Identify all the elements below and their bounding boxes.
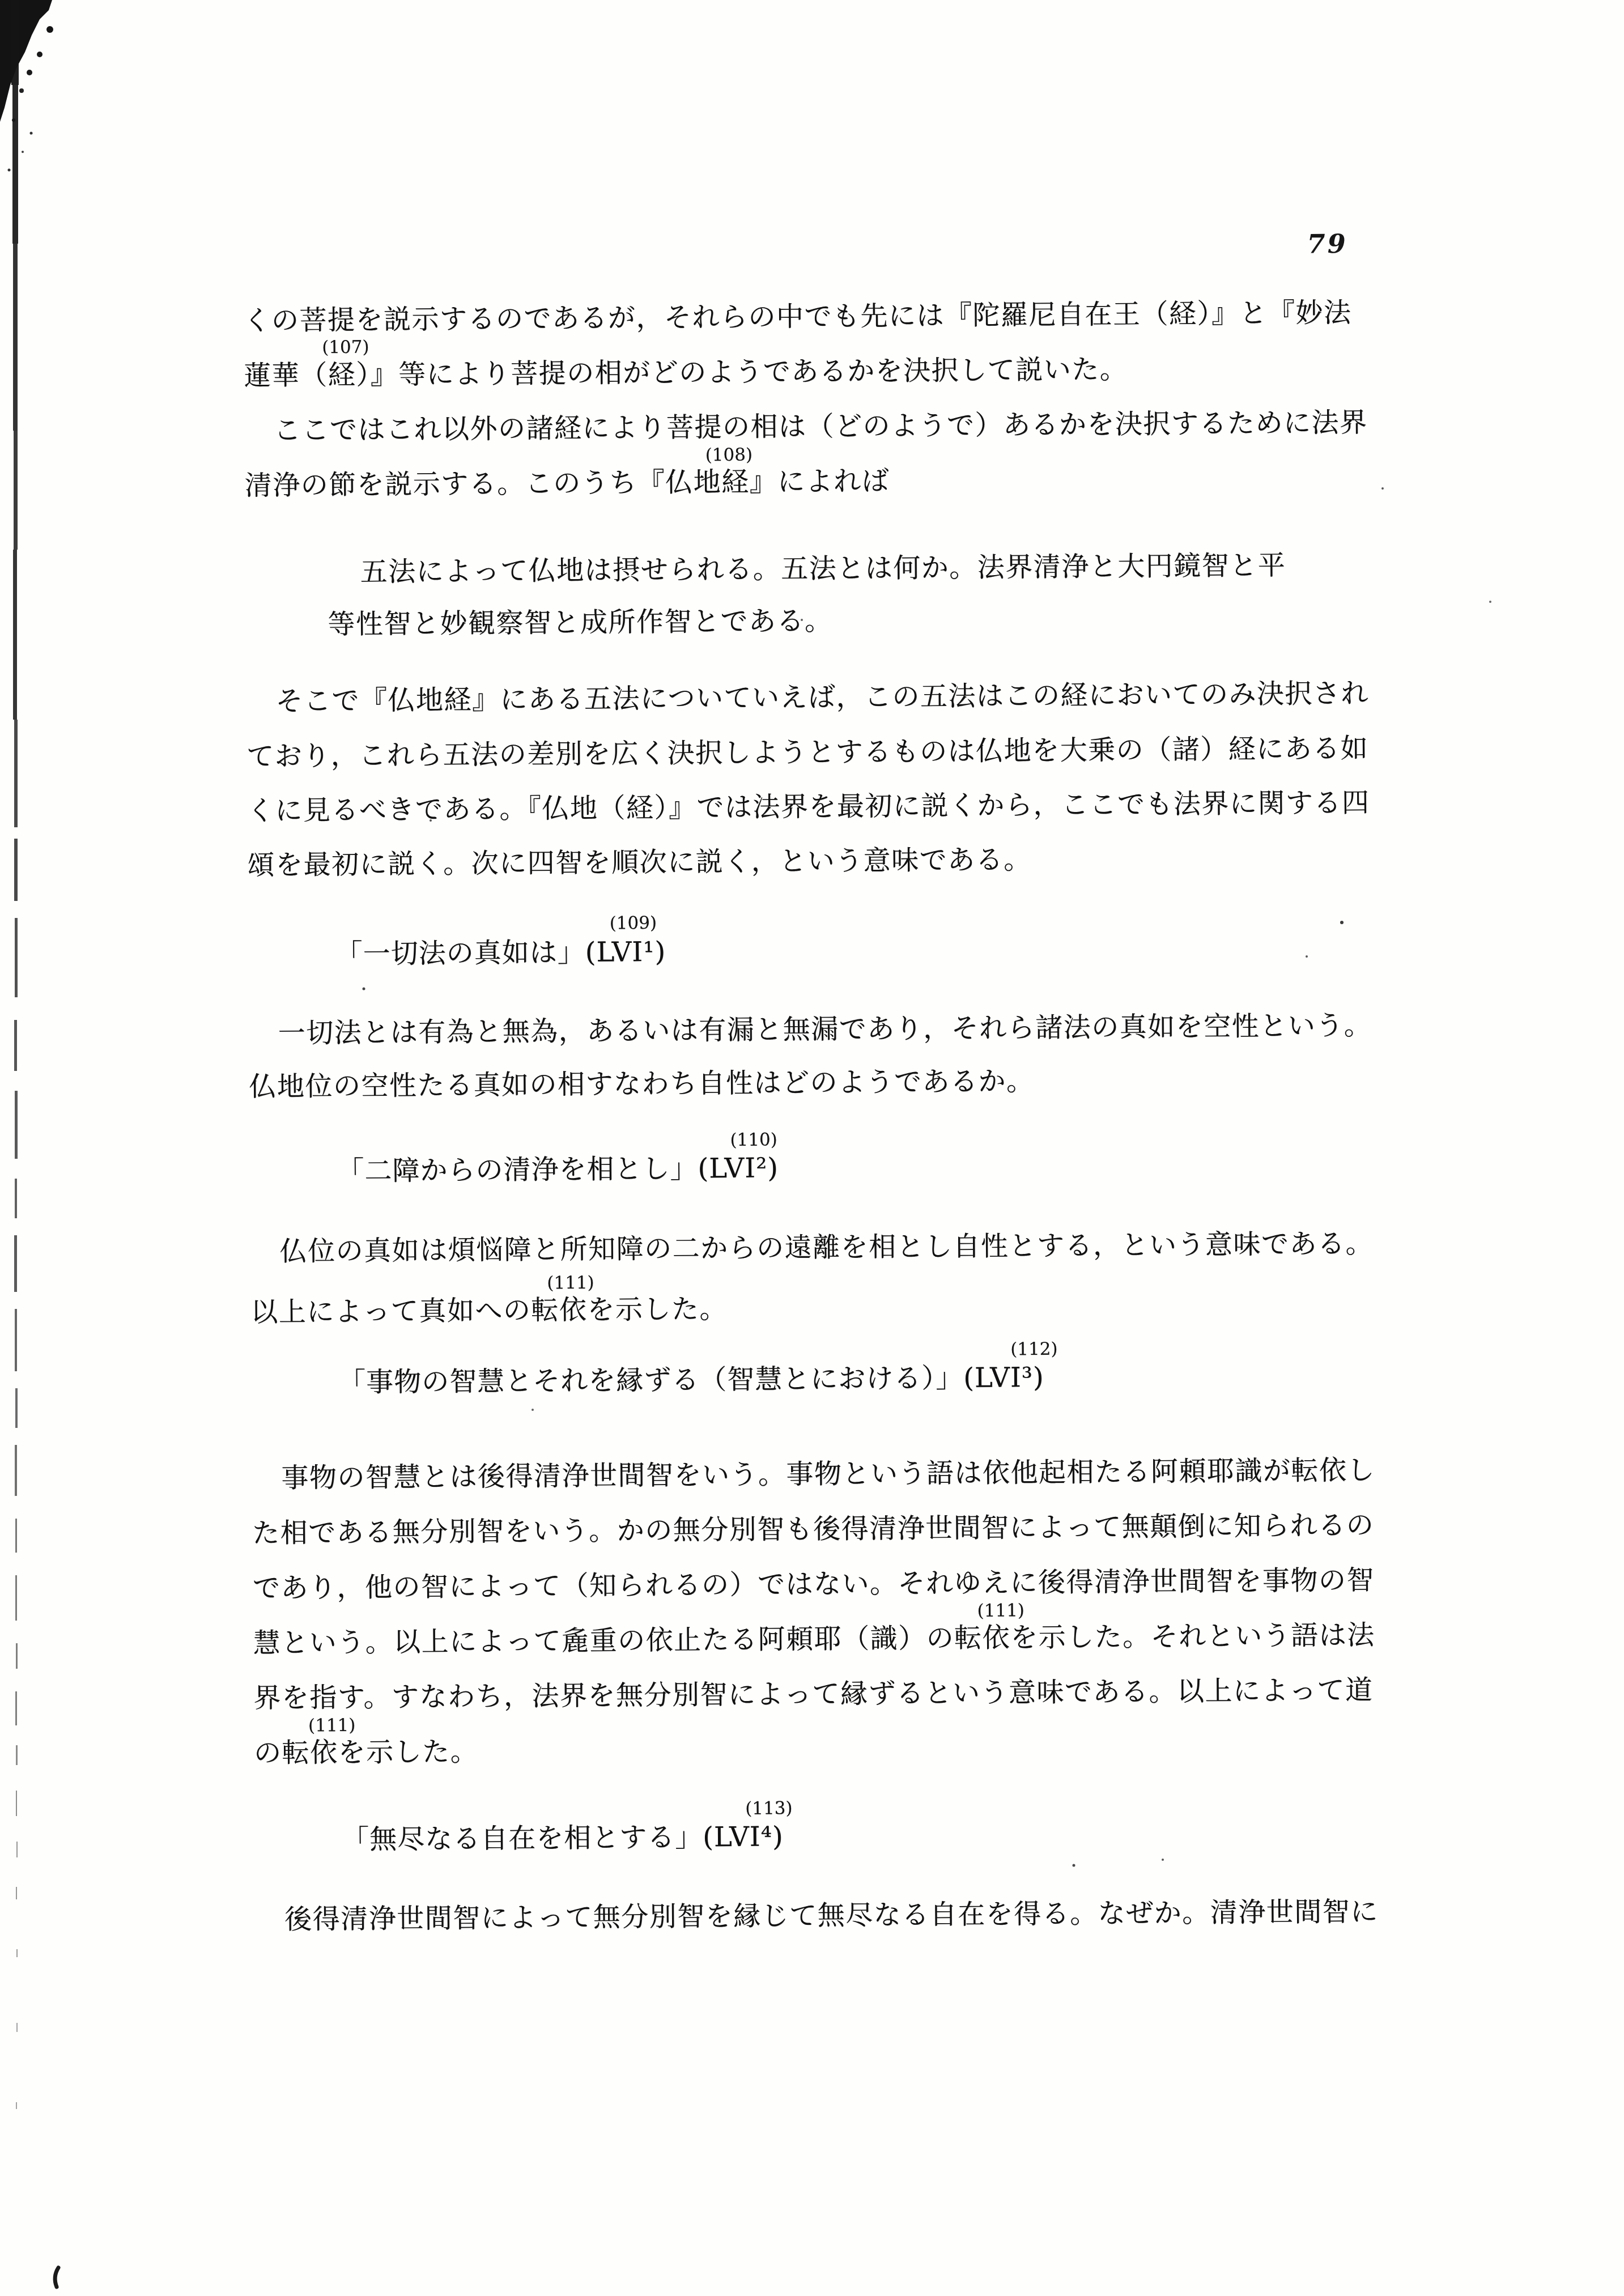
text-line: 仏地位の空性たる真如の相すなわち自性はどのようであるか。 bbox=[249, 1068, 1034, 1100]
body-text: くの菩提を説示するのであるが，それらの中でも先には『陀羅尼自在王（経）』と『妙法… bbox=[0, 0, 1616, 1]
text-line: 頌を最初に説く。次に四智を順次に説く，という意味である。 bbox=[247, 846, 1031, 879]
footnote-ref: (113) bbox=[745, 1800, 793, 1818]
footnote-ref: (111) bbox=[308, 1717, 356, 1735]
text-line: 清浄の節を説示する。このうち『仏地経』によれば bbox=[244, 467, 890, 499]
text-layer: 79 くの菩提を説示するのであるが，それらの中でも先には『陀羅尼自在王（経）』と… bbox=[0, 0, 1624, 2296]
footnote-refs: (107)(108)(109)(110)(111)(112)(111)(111)… bbox=[0, 0, 1616, 1]
text-line: た相である無分別智をいう。かの無分別智も後得清浄世間智によって無顛倒に知られるの bbox=[252, 1512, 1374, 1547]
text-line: 後得清浄世間智によって無分別智を縁じて無尽なる自在を得る。なぜか。清浄世間智に bbox=[284, 1898, 1379, 1933]
text-line: くの菩提を説示するのであるが，それらの中でも先には『陀羅尼自在王（経）』と『妙法 bbox=[243, 299, 1351, 334]
text-line: 界を指す。すなわち，法界を無分別智によって縁ずるという意味である。以上によって道 bbox=[253, 1677, 1373, 1712]
footnote-ref: (111) bbox=[547, 1274, 594, 1292]
scanned-document-page: 79 くの菩提を説示するのであるが，それらの中でも先には『陀羅尼自在王（経）』と… bbox=[0, 0, 1624, 2296]
text-line: 以上によって真如への転依を示した。 bbox=[250, 1295, 728, 1326]
text-line: 一切法とは有為と無為，あるいは有漏と無漏であり，それら諸法の真如を空性という。 bbox=[278, 1012, 1372, 1047]
verse-line: 「一切法の真如は」(LVI¹) bbox=[335, 938, 666, 968]
footnote-ref: (112) bbox=[1010, 1341, 1058, 1359]
footnote-ref: (111) bbox=[977, 1602, 1024, 1620]
verse-line: 「事物の智慧とそれを縁ずる（智慧とにおける）」(LVI³) bbox=[338, 1364, 1044, 1396]
text-line: 慧という。以上によって麁重の依止たる阿頼耶（識）の転依を示した。それという語は法 bbox=[253, 1622, 1375, 1657]
text-line: の転依を示した。 bbox=[254, 1738, 478, 1767]
footnote-ref: (110) bbox=[730, 1131, 777, 1149]
text-line: そこで『仏地経』にある五法についていえば，この五法はこの経においてのみ決択され bbox=[275, 680, 1369, 715]
footnote-ref: (107) bbox=[322, 339, 369, 357]
quote-line: 等性智と妙観察智と成所作智とである。 bbox=[328, 607, 832, 639]
quote-line: 五法によって仏地は摂せられる。五法とは何か。法界清浄と大円鏡智と平 bbox=[360, 552, 1286, 586]
text-line: くに見るべきである。『仏地（経）』では法界を最初に説くから，ここでも法界に関する… bbox=[247, 789, 1370, 825]
text-line: 事物の智慧とは後得清浄世間智をいう。事物という語は依他起相たる阿頼耶識が転依し bbox=[281, 1457, 1375, 1492]
text-line: ここではこれ以外の諸経により菩提の相は（どのようで）あるかを決択するために法界 bbox=[274, 409, 1368, 444]
verse-line: 「二障からの清浄を相とし」(LVI²) bbox=[337, 1154, 779, 1185]
text-line: 仏位の真如は煩悩障と所知障の二からの遠離を相とし自性とする，という意味である。 bbox=[279, 1230, 1374, 1265]
footnote-ref: (109) bbox=[610, 915, 657, 933]
footnote-ref: (108) bbox=[705, 447, 753, 465]
page-number: 79 bbox=[1307, 228, 1347, 260]
verse-line: 「無尽なる自在を相とする」(LVI⁴) bbox=[342, 1823, 784, 1853]
text-line: であり，他の智によって（知られるの）ではない。それゆえに後得清浄世間智を事物の智 bbox=[253, 1567, 1375, 1602]
text-line: ており，これら五法の差別を広く決択しようとするものは仏地を大乗の（諸）経にある如 bbox=[246, 735, 1368, 771]
text-line: 蓮華（経）』等により菩提の相がどのようであるかを決択して説いた。 bbox=[244, 356, 1128, 389]
